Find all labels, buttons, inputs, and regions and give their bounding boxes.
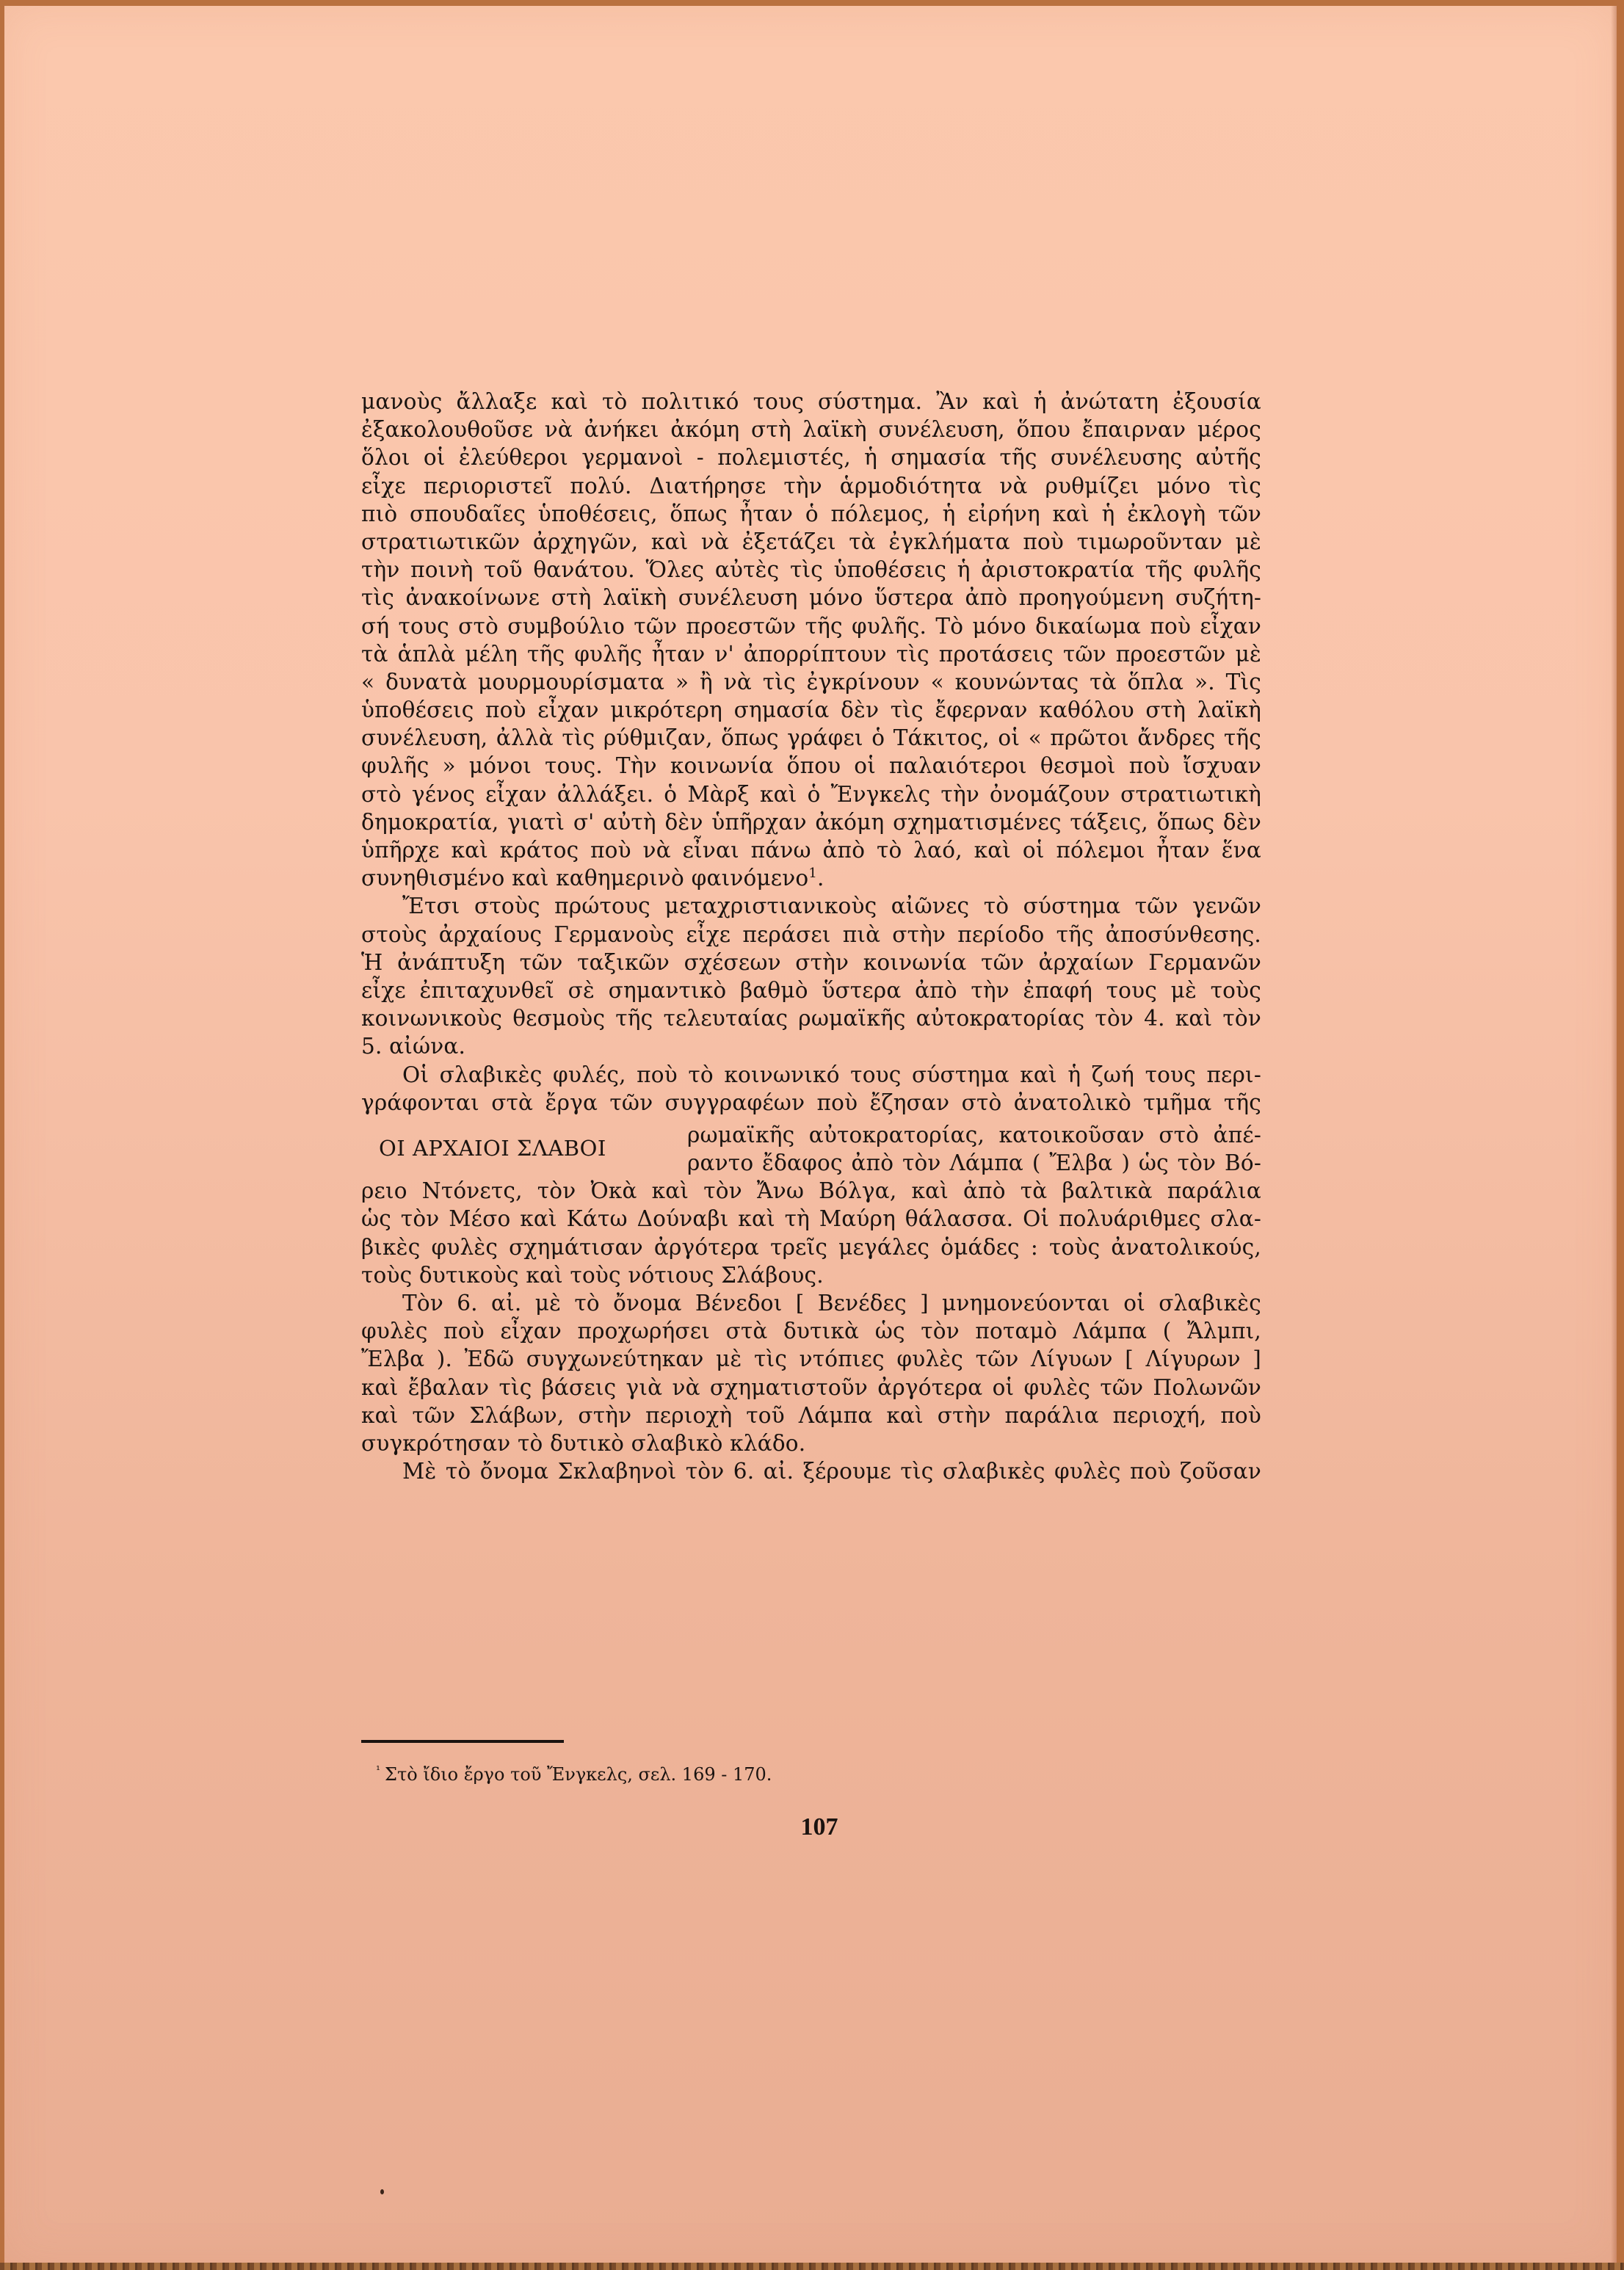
text-line: φυλὲς ποὺ εἶχαν προχωρήσει στὰ δυτικὰ ὡς… [361, 1317, 1261, 1345]
text-line: εἶχε ἐπιταχυνθεῖ σὲ σημαντικὸ βαθμὸ ὕστε… [361, 976, 1261, 1004]
text-line: μανοὺς ἄλλαξε καὶ τὸ πολιτικό τους σύστη… [361, 388, 1261, 416]
text-line: τοὺς δυτικοὺς καὶ τοὺς νότιους Σλάβους. [361, 1261, 1261, 1289]
text-line: Μὲ τὸ ὄνομα Σκλαβηνοὶ τὸν 6. αἰ. ξέρουμε… [361, 1457, 1261, 1485]
text-line: τὶς ἀνακοίνωνε στὴ λαϊκὴ συνέλευση μόνο … [361, 584, 1261, 612]
text-line: ὑποθέσεις ποὺ εἶχαν μικρότερη σημασία δὲ… [361, 696, 1261, 724]
text-line: ἐξακολουθοῦσε νὰ ἀνήκει ἀκόμη στὴ λαϊκὴ … [361, 416, 1261, 443]
text-line: φυλῆς » μόνοι τους. Τὴν κοινωνία ὅπου οἱ… [361, 752, 1261, 780]
text-line: γράφονται στὰ ἔργα τῶν συγγραφέων ποὺ ἔζ… [361, 1089, 1261, 1117]
footnote: ¹Στὸ ἴδιο ἔργο τοῦ Ἔνγκελς, σελ. 169 - 1… [376, 1763, 772, 1785]
page-number: 107 [768, 1813, 871, 1841]
side-heading-text: ρωμαϊκῆς αὐτοκρατορίας, κατοικοῦσαν στὸ … [687, 1121, 1261, 1177]
side-heading-row: ΟΙ ΑΡΧΑΙΟΙ ΣΛΑΒΟΙ ρωμαϊκῆς αὐτοκρατορίας… [361, 1121, 1261, 1177]
text-line: καὶ τῶν Σλάβων, στὴν περιοχὴ τοῦ Λάμπα κ… [361, 1401, 1261, 1429]
text-line: ὡς τὸν Μέσο καὶ Κάτω Δούναβι καὶ τὴ Μαύρ… [361, 1205, 1261, 1233]
text-line: πιὸ σπουδαῖες ὑποθέσεις, ὅπως ἦταν ὁ πόλ… [361, 500, 1261, 528]
text-line: Τὸν 6. αἰ. μὲ τὸ ὄνομα Βένεδοι [ Βενέδες… [361, 1289, 1261, 1317]
body-text: μανοὺς ἄλλαξε καὶ τὸ πολιτικό τους σύστη… [361, 388, 1261, 1485]
section-side-heading: ΟΙ ΑΡΧΑΙΟΙ ΣΛΑΒΟΙ [361, 1121, 687, 1162]
text-line: στὸ γένος εἶχαν ἀλλάξει. ὁ Μὰρξ καὶ ὁ Ἔν… [361, 780, 1261, 808]
footnote-marker: ¹ [376, 1763, 380, 1777]
text-line: Οἱ σλαβικὲς φυλές, ποὺ τὸ κοινωνικό τους… [361, 1061, 1261, 1089]
footnote-reference: 1 [808, 866, 817, 881]
text-line: συνέλευση, ἀλλὰ τὶς ρύθμιζαν, ὅπως γράφε… [361, 724, 1261, 752]
paper-speck [380, 2189, 384, 2194]
text-line: Ἔλβα ). Ἐδῶ συγχωνεύτηκαν μὲ τὶς ντόπιες… [361, 1345, 1261, 1373]
text-line: ὑπῆρχε καὶ κράτος ποὺ νὰ εἶναι πάνω ἀπὸ … [361, 836, 1261, 864]
text-line: στρατιωτικῶν ἀρχηγῶν, καὶ νὰ ἐξετάζει τὰ… [361, 528, 1261, 556]
paragraph-1: μανοὺς ἄλλαξε καὶ τὸ πολιτικό τους σύστη… [361, 388, 1261, 892]
text-line: κοινωνικοὺς θεσμοὺς τῆς τελευταίας ρωμαϊ… [361, 1004, 1261, 1032]
text-line: τὴν ποινὴ τοῦ θανάτου. Ὅλες αὐτὲς τὶς ὑπ… [361, 556, 1261, 584]
page-stack-edge [0, 2263, 1624, 2270]
text-line: ρειο Ντόνετς, τὸν Ὀκὰ καὶ τὸν Ἄνω Βόλγα,… [361, 1177, 1261, 1205]
footnote-separator [361, 1740, 564, 1743]
text-line-content: συνηθισμένο καὶ καθημερινὸ φαινόμενο [361, 866, 808, 891]
text-line: « δυνατὰ μουρμουρίσματα » ἢ νὰ τὶς ἐγκρί… [361, 668, 1261, 696]
text-line: Ἡ ἀνάπτυξη τῶν ταξικῶν σχέσεων στὴν κοιν… [361, 949, 1261, 976]
text-line: συνηθισμένο καὶ καθημερινὸ φαινόμενο1. [361, 864, 1261, 892]
text-line: 5. αἰώνα. [361, 1032, 1261, 1060]
text-line: καὶ ἔβαλαν τὶς βάσεις γιὰ νὰ σχηματιστοῦ… [361, 1374, 1261, 1401]
text-line: εἶχε περιοριστεῖ πολύ. Διατήρησε τὴν ἁρμ… [361, 472, 1261, 500]
text-line: τὰ ἁπλὰ μέλη τῆς φυλῆς ἦταν ν' ἀπορρίπτο… [361, 640, 1261, 668]
text-line: στοὺς ἀρχαίους Γερμανοὺς εἶχε περάσει πι… [361, 921, 1261, 949]
text-line: σή τους στὸ συμβούλιο τῶν προεστῶν τῆς φ… [361, 612, 1261, 640]
text-line: ὅλοι οἱ ἐλεύθεροι γερμανοὶ - πολεμιστές,… [361, 443, 1261, 471]
text-line: δημοκρατία, γιατὶ σ' αὐτὴ δὲν ὑπῆρχαν ἀκ… [361, 808, 1261, 836]
paragraph-2: Ἔτσι στοὺς πρώτους μεταχριστιανικοὺς αἰῶ… [361, 892, 1261, 1060]
paragraph-4: Τὸν 6. αἰ. μὲ τὸ ὄνομα Βένεδοι [ Βενέδες… [361, 1289, 1261, 1457]
text-line: ραντο ἔδαφος ἀπὸ τὸν Λάμπα ( Ἔλβα ) ὡς τ… [687, 1149, 1261, 1177]
text-line: ρωμαϊκῆς αὐτοκρατορίας, κατοικοῦσαν στὸ … [687, 1121, 1261, 1149]
paragraph-3: Οἱ σλαβικὲς φυλές, ποὺ τὸ κοινωνικό τους… [361, 1061, 1261, 1290]
book-page: μανοὺς ἄλλαξε καὶ τὸ πολιτικό τους σύστη… [4, 6, 1617, 2264]
paragraph-5: Μὲ τὸ ὄνομα Σκλαβηνοὶ τὸν 6. αἰ. ξέρουμε… [361, 1457, 1261, 1485]
text-line: συγκρότησαν τὸ δυτικὸ σλαβικὸ κλάδο. [361, 1429, 1261, 1457]
text-line: βικὲς φυλὲς σχημάτισαν ἀργότερα τρεῖς με… [361, 1233, 1261, 1261]
text-line: Ἔτσι στοὺς πρώτους μεταχριστιανικοὺς αἰῶ… [361, 892, 1261, 920]
footnote-text: Στὸ ἴδιο ἔργο τοῦ Ἔνγκελς, σελ. 169 - 17… [385, 1764, 772, 1785]
